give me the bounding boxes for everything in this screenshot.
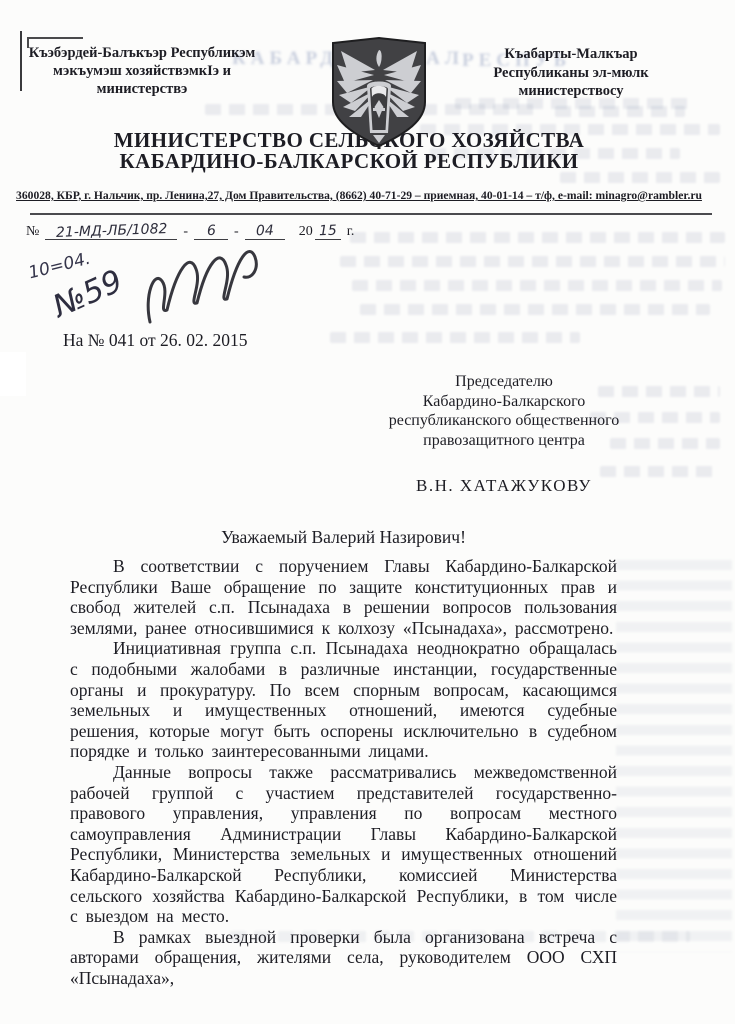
ref-century: 20 — [299, 224, 313, 240]
ref-year-suffix: г. — [347, 224, 355, 240]
signature — [140, 238, 272, 335]
ref-year-handwritten: 15 — [319, 223, 337, 240]
coat-of-arms-icon — [327, 36, 431, 150]
bleedthrough-smudge — [360, 304, 710, 315]
letterhead-left-block: Къэбэрдей-Балъкъэр Республикэм мэкъумэш … — [28, 44, 256, 98]
scan-whiteout — [0, 352, 26, 396]
letterhead-right-line: министерствосу — [462, 82, 680, 101]
letterhead-left-line: мэкъумэш хозяйствэмкIэ и — [28, 62, 256, 80]
addressee-block: Председателю Кабардино-Балкарского респу… — [388, 372, 620, 496]
bleedthrough-smudge — [330, 332, 580, 343]
header-divider — [30, 213, 712, 215]
addressee-line: Кабардино-Балкарского — [388, 392, 620, 412]
letterhead-right-block: Къабарты-Малкъар Республиканы эл-мюлк ми… — [462, 45, 680, 101]
ref-year-blank: 15 — [315, 222, 341, 240]
letterhead-right-line: Республиканы эл-мюлк — [462, 64, 680, 83]
body-paragraph: В рамках выездной проверки была организо… — [70, 927, 617, 989]
bleedthrough-smudge — [350, 232, 725, 243]
letterhead-left-line: министерствэ — [28, 80, 256, 98]
ref-month-handwritten: 04 — [256, 223, 274, 240]
addressee-name: В.Н. ХАТАЖУКОВУ — [388, 476, 620, 496]
ref-number-sign: № — [26, 224, 39, 240]
ministry-title-line2: КАБАРДИНО-БАЛКАРСКОЙ РЕСПУБЛИКИ — [4, 151, 694, 172]
bleedthrough-smudge — [555, 106, 685, 117]
letter-body: В соответствии с поручением Главы Кабард… — [70, 556, 617, 988]
salutation: Уважаемый Валерий Назирович! — [70, 527, 617, 548]
body-paragraph: Данные вопросы также рассматривались меж… — [70, 762, 617, 927]
ref-day-handwritten: 6 — [206, 223, 215, 239]
body-paragraph: Инициативная группа с.п. Псынадаха неодн… — [70, 638, 617, 762]
addressee-line: правозащитного центра — [388, 431, 620, 451]
bleedthrough-smudge — [610, 438, 720, 449]
bleedthrough-smudge — [560, 172, 720, 183]
bleedthrough-smudge — [340, 256, 725, 267]
scanned-letter-page: КАБАРДИНО-БАЛ РЕСПУБ Къэбэрдей-Балъкъэр … — [0, 0, 735, 1024]
body-paragraph: В соответствии с поручением Главы Кабард… — [70, 556, 617, 638]
addressee-line: Председателю — [388, 372, 620, 392]
addressee-line: республиканского общественного — [388, 411, 620, 431]
bleedthrough-column — [616, 560, 732, 952]
contact-address-line: 360028, КБР, г. Нальчик, пр. Ленина,27, … — [8, 189, 710, 202]
letterhead-right-line: Къабарты-Малкъар — [462, 45, 680, 64]
scan-bracket-mark — [27, 37, 83, 48]
scan-edge-line — [20, 31, 22, 91]
bleedthrough-smudge — [352, 280, 722, 291]
